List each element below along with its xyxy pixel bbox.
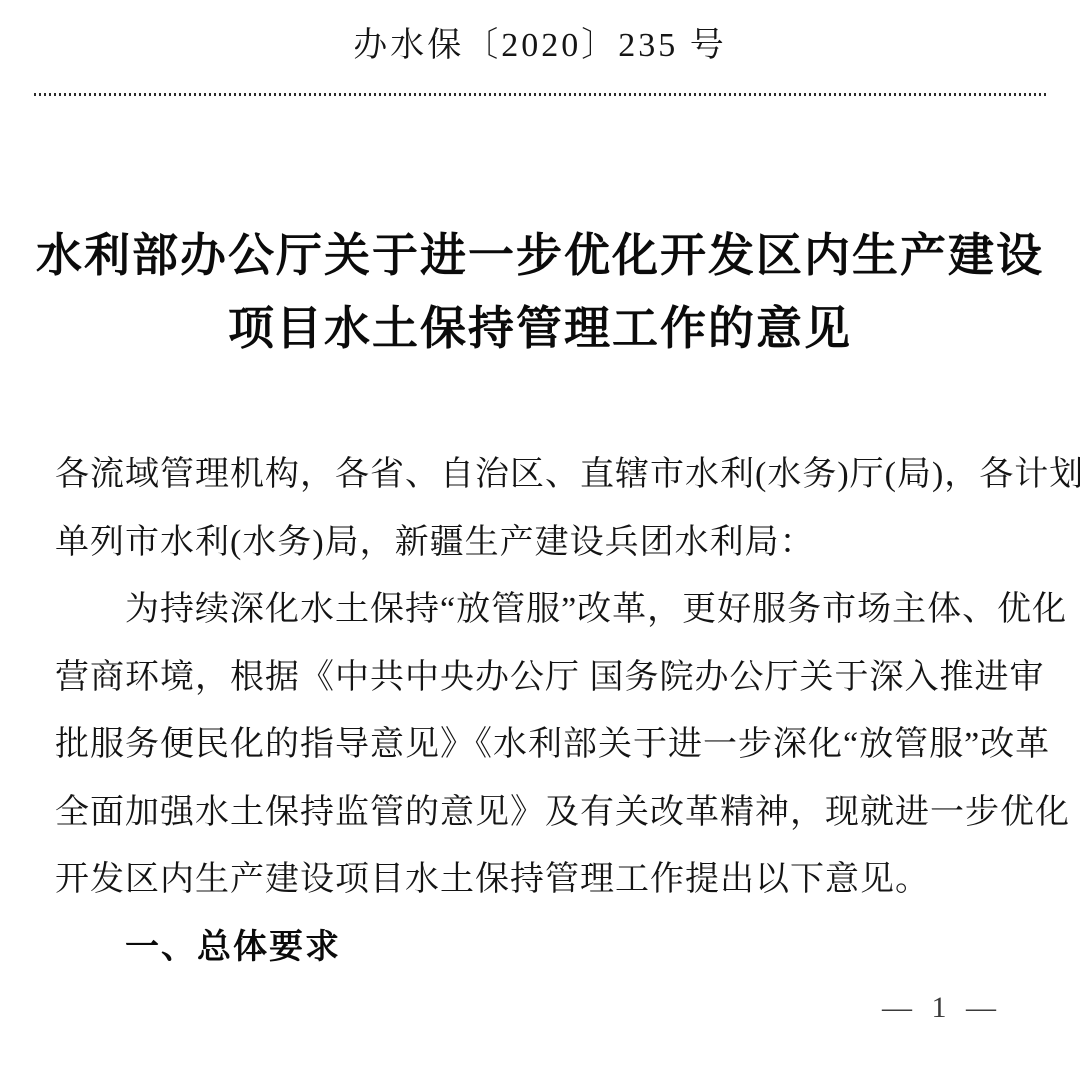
body-line: 各流域管理机构，各省、自治区、直辖市水利(水务)厅(局)，各计划	[55, 441, 1035, 509]
doc-title-line-1: 水利部办公厅关于进一步优化开发区内生产建设	[0, 219, 1080, 292]
body-line: 批服务便民化的指导意见》《水利部关于进一步深化“放管服”改革	[55, 711, 1035, 779]
body-line: 开发区内生产建设项目水土保持管理工作提出以下意见。	[55, 846, 1035, 914]
body-line: 单列市水利(水务)局，新疆生产建设兵团水利局：	[55, 509, 1035, 577]
doc-title-line-2: 项目水土保持管理工作的意见	[0, 292, 1080, 365]
dotted-separator-line	[34, 93, 1046, 96]
document-page: 办水保〔2020〕235 号 水利部办公厅关于进一步优化开发区内生产建设 项目水…	[0, 0, 1080, 1073]
page-number: — 1 —	[882, 988, 1002, 1028]
document-body: 各流域管理机构，各省、自治区、直辖市水利(水务)厅(局)，各计划单列市水利(水务…	[55, 441, 1035, 981]
body-paragraph-lines: 各流域管理机构，各省、自治区、直辖市水利(水务)厅(局)，各计划单列市水利(水务…	[55, 441, 1035, 914]
section-heading: 一、总体要求	[55, 914, 1035, 982]
doc-number: 办水保〔2020〕235 号	[0, 24, 1080, 68]
body-line: 为持续深化水土保持“放管服”改革，更好服务市场主体、优化	[55, 576, 1035, 644]
doc-title: 水利部办公厅关于进一步优化开发区内生产建设 项目水土保持管理工作的意见	[0, 219, 1080, 365]
body-line: 营商环境，根据《中共中央办公厅 国务院办公厅关于深入推进审	[55, 644, 1035, 712]
body-line: 全面加强水土保持监管的意见》及有关改革精神，现就进一步优化	[55, 779, 1035, 847]
